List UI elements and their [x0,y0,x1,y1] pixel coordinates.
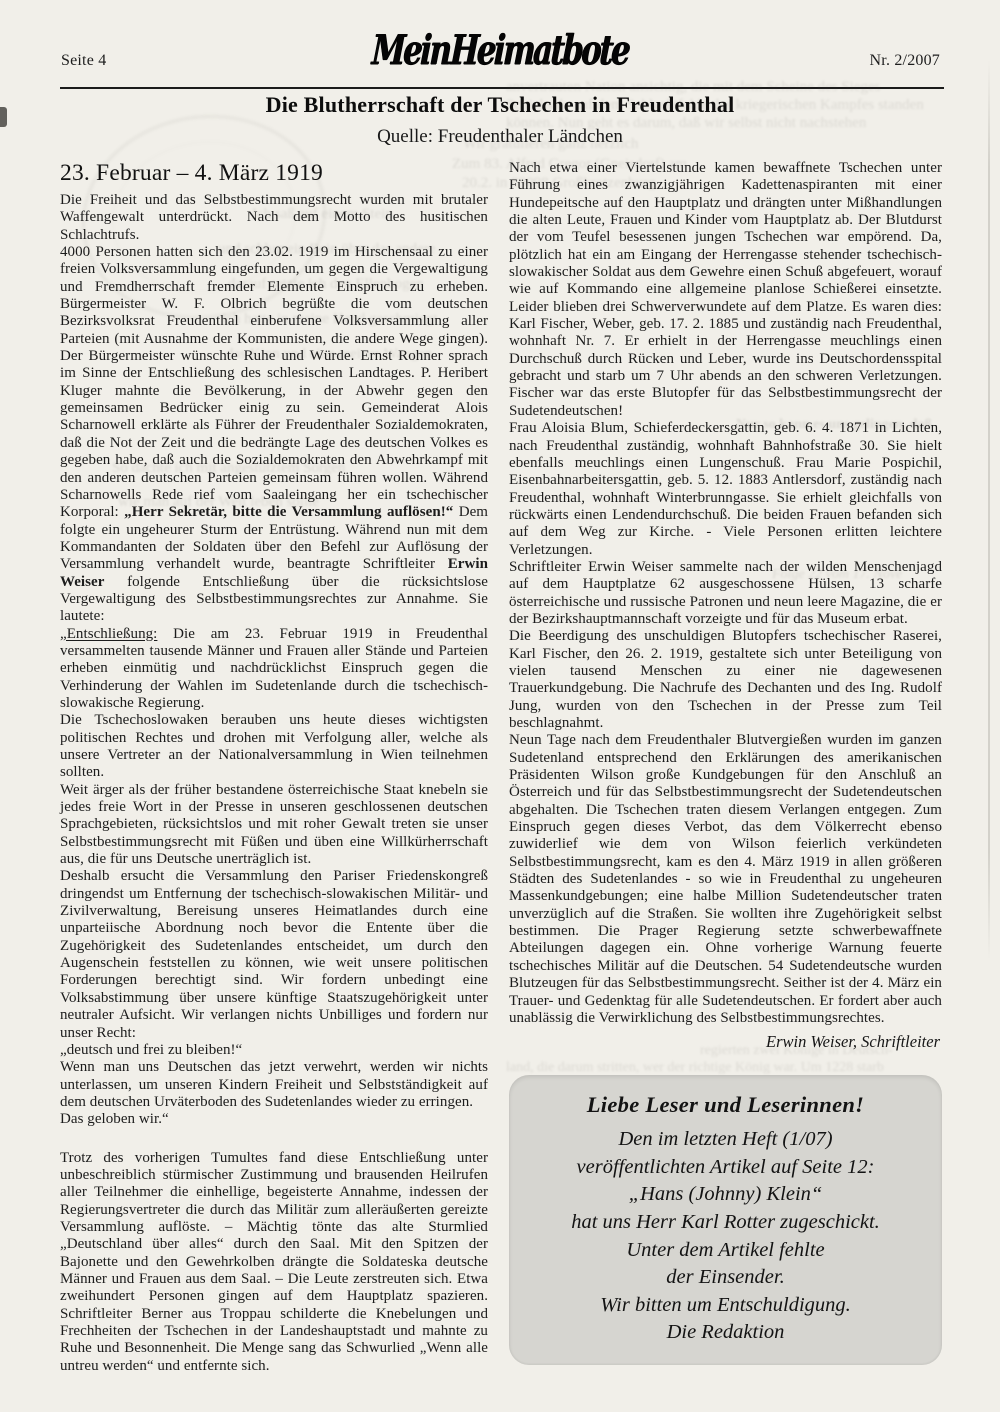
notice-line: der Einsender. [519,1264,932,1292]
text-segment: 4000 Personen hatten sich den 23.02. 191… [60,244,488,520]
author-attribution: Erwin Weiser, Schriftleiter [509,1032,942,1052]
paragraph: Das geloben wir.“ [60,1111,488,1128]
right-column-paragraphs: Nach etwa einer Viertelstunde kamen bewa… [509,160,942,1027]
notice-line: hat uns Herr Karl Rotter zugeschickt. [519,1209,932,1237]
text-segment: Deshalb ersucht die Versammlung den Pari… [60,868,488,1040]
right-column: Nach etwa einer Viertelstunde kamen bewa… [509,160,942,1375]
article-columns: 23. Februar – 4. März 1919 Die Freiheit … [60,160,942,1375]
text-segment: Trotz des vorherigen Tumultes fand diese… [60,1150,488,1374]
text-segment: Die Freiheit und das Selbstbestimmungsre… [60,192,488,243]
text-segment: Frau Aloisia Blum, Schieferdeckersgattin… [509,420,942,557]
text-segment: „Entschließung: [60,626,157,642]
text-segment: Neun Tage nach dem Freudenthaler Blutver… [509,732,942,1026]
text-segment: folgende Entschließung über die rücksich… [60,574,488,625]
text-segment: Das geloben wir.“ [60,1111,169,1127]
scanned-newsletter-page: anvertrauten Nation ansichtig, die mit d… [0,0,1000,1412]
section-heading: 23. Februar – 4. März 1919 [60,160,488,187]
text-segment: Wenn man uns Deutschen das jetzt verwehr… [60,1059,488,1110]
paragraph: Die Freiheit und das Selbstbestimmungsre… [60,192,488,244]
bleedthrough-text: können. Nun geht es darum, daß wir selbs… [506,115,866,132]
text-segment: „Herr Sekretär, bitte die Versammlung au… [124,504,453,520]
text-segment: Weit ärger als der früher bestandene öst… [60,782,488,867]
left-column-paragraphs: Die Freiheit und das Selbstbestimmungsre… [60,192,488,1375]
text-segment: Die Beerdigung des unschuldigen Blutopfe… [509,628,942,731]
text-segment: Schriftleiter Erwin Weiser sammelte nach… [509,559,942,627]
paragraph: 4000 Personen hatten sich den 23.02. 191… [60,244,488,626]
text-segment: Die Tschechoslowaken berauben uns heute … [60,712,488,780]
bleedthrough-text: Schicksale auf dem Schlachtfelde des kri… [506,97,924,114]
notice-line: Unter dem Artikel fehlte [519,1237,932,1265]
notice-line: Den im letzten Heft (1/07) [519,1126,932,1154]
paragraph: Weit ärger als der früher bestandene öst… [60,782,488,869]
left-column: 23. Februar – 4. März 1919 Die Freiheit … [60,160,488,1375]
paragraph: „deutsch und frei zu bleiben!“ [60,1042,488,1059]
notice-line: Die Redaktion [519,1319,932,1347]
scan-speck [0,107,7,127]
notice-heading: Liebe Leser und Leserinnen! [519,1092,932,1118]
paragraph: Die Beerdigung des unschuldigen Blutopfe… [509,628,942,732]
paragraph: Nach etwa einer Viertelstunde kamen bewa… [509,160,942,420]
text-segment: „deutsch und frei zu bleiben!“ [60,1042,242,1058]
notice-line: „Hans (Johnny) Klein“ [519,1181,932,1209]
text-segment: Nach etwa einer Viertelstunde kamen bewa… [509,160,942,419]
paragraph: Wenn man uns Deutschen das jetzt verwehr… [60,1059,488,1111]
paragraph: Die Tschechoslowaken berauben uns heute … [60,712,488,781]
notice-line: veröffentlichten Artikel auf Seite 12: [519,1154,932,1182]
notice-lines: Den im letzten Heft (1/07)veröffentlicht… [519,1126,932,1347]
paragraph: „Entschließung: Die am 23. Februar 1919 … [60,626,488,713]
paragraph: Trotz des vorherigen Tumultes fand diese… [60,1150,488,1375]
notice-line: Wir bitten um Entschuldigung. [519,1292,932,1320]
paragraph: Schriftleiter Erwin Weiser sammelte nach… [509,559,942,628]
paragraph: Frau Aloisia Blum, Schieferdeckersgattin… [509,420,942,559]
editorial-notice-box: Liebe Leser und Leserinnen! Den im letzt… [509,1075,942,1365]
paragraph: Neun Tage nach dem Freudenthaler Blutver… [509,732,942,1027]
bleedthrough-text: Wir gratulieren ganz herzlich [463,136,639,153]
paper-crease [988,60,990,960]
bleedthrough-text: anvertrauten Nation ansichtig, die mit d… [506,79,880,96]
paragraph: Deshalb ersucht die Versammlung den Pari… [60,868,488,1041]
